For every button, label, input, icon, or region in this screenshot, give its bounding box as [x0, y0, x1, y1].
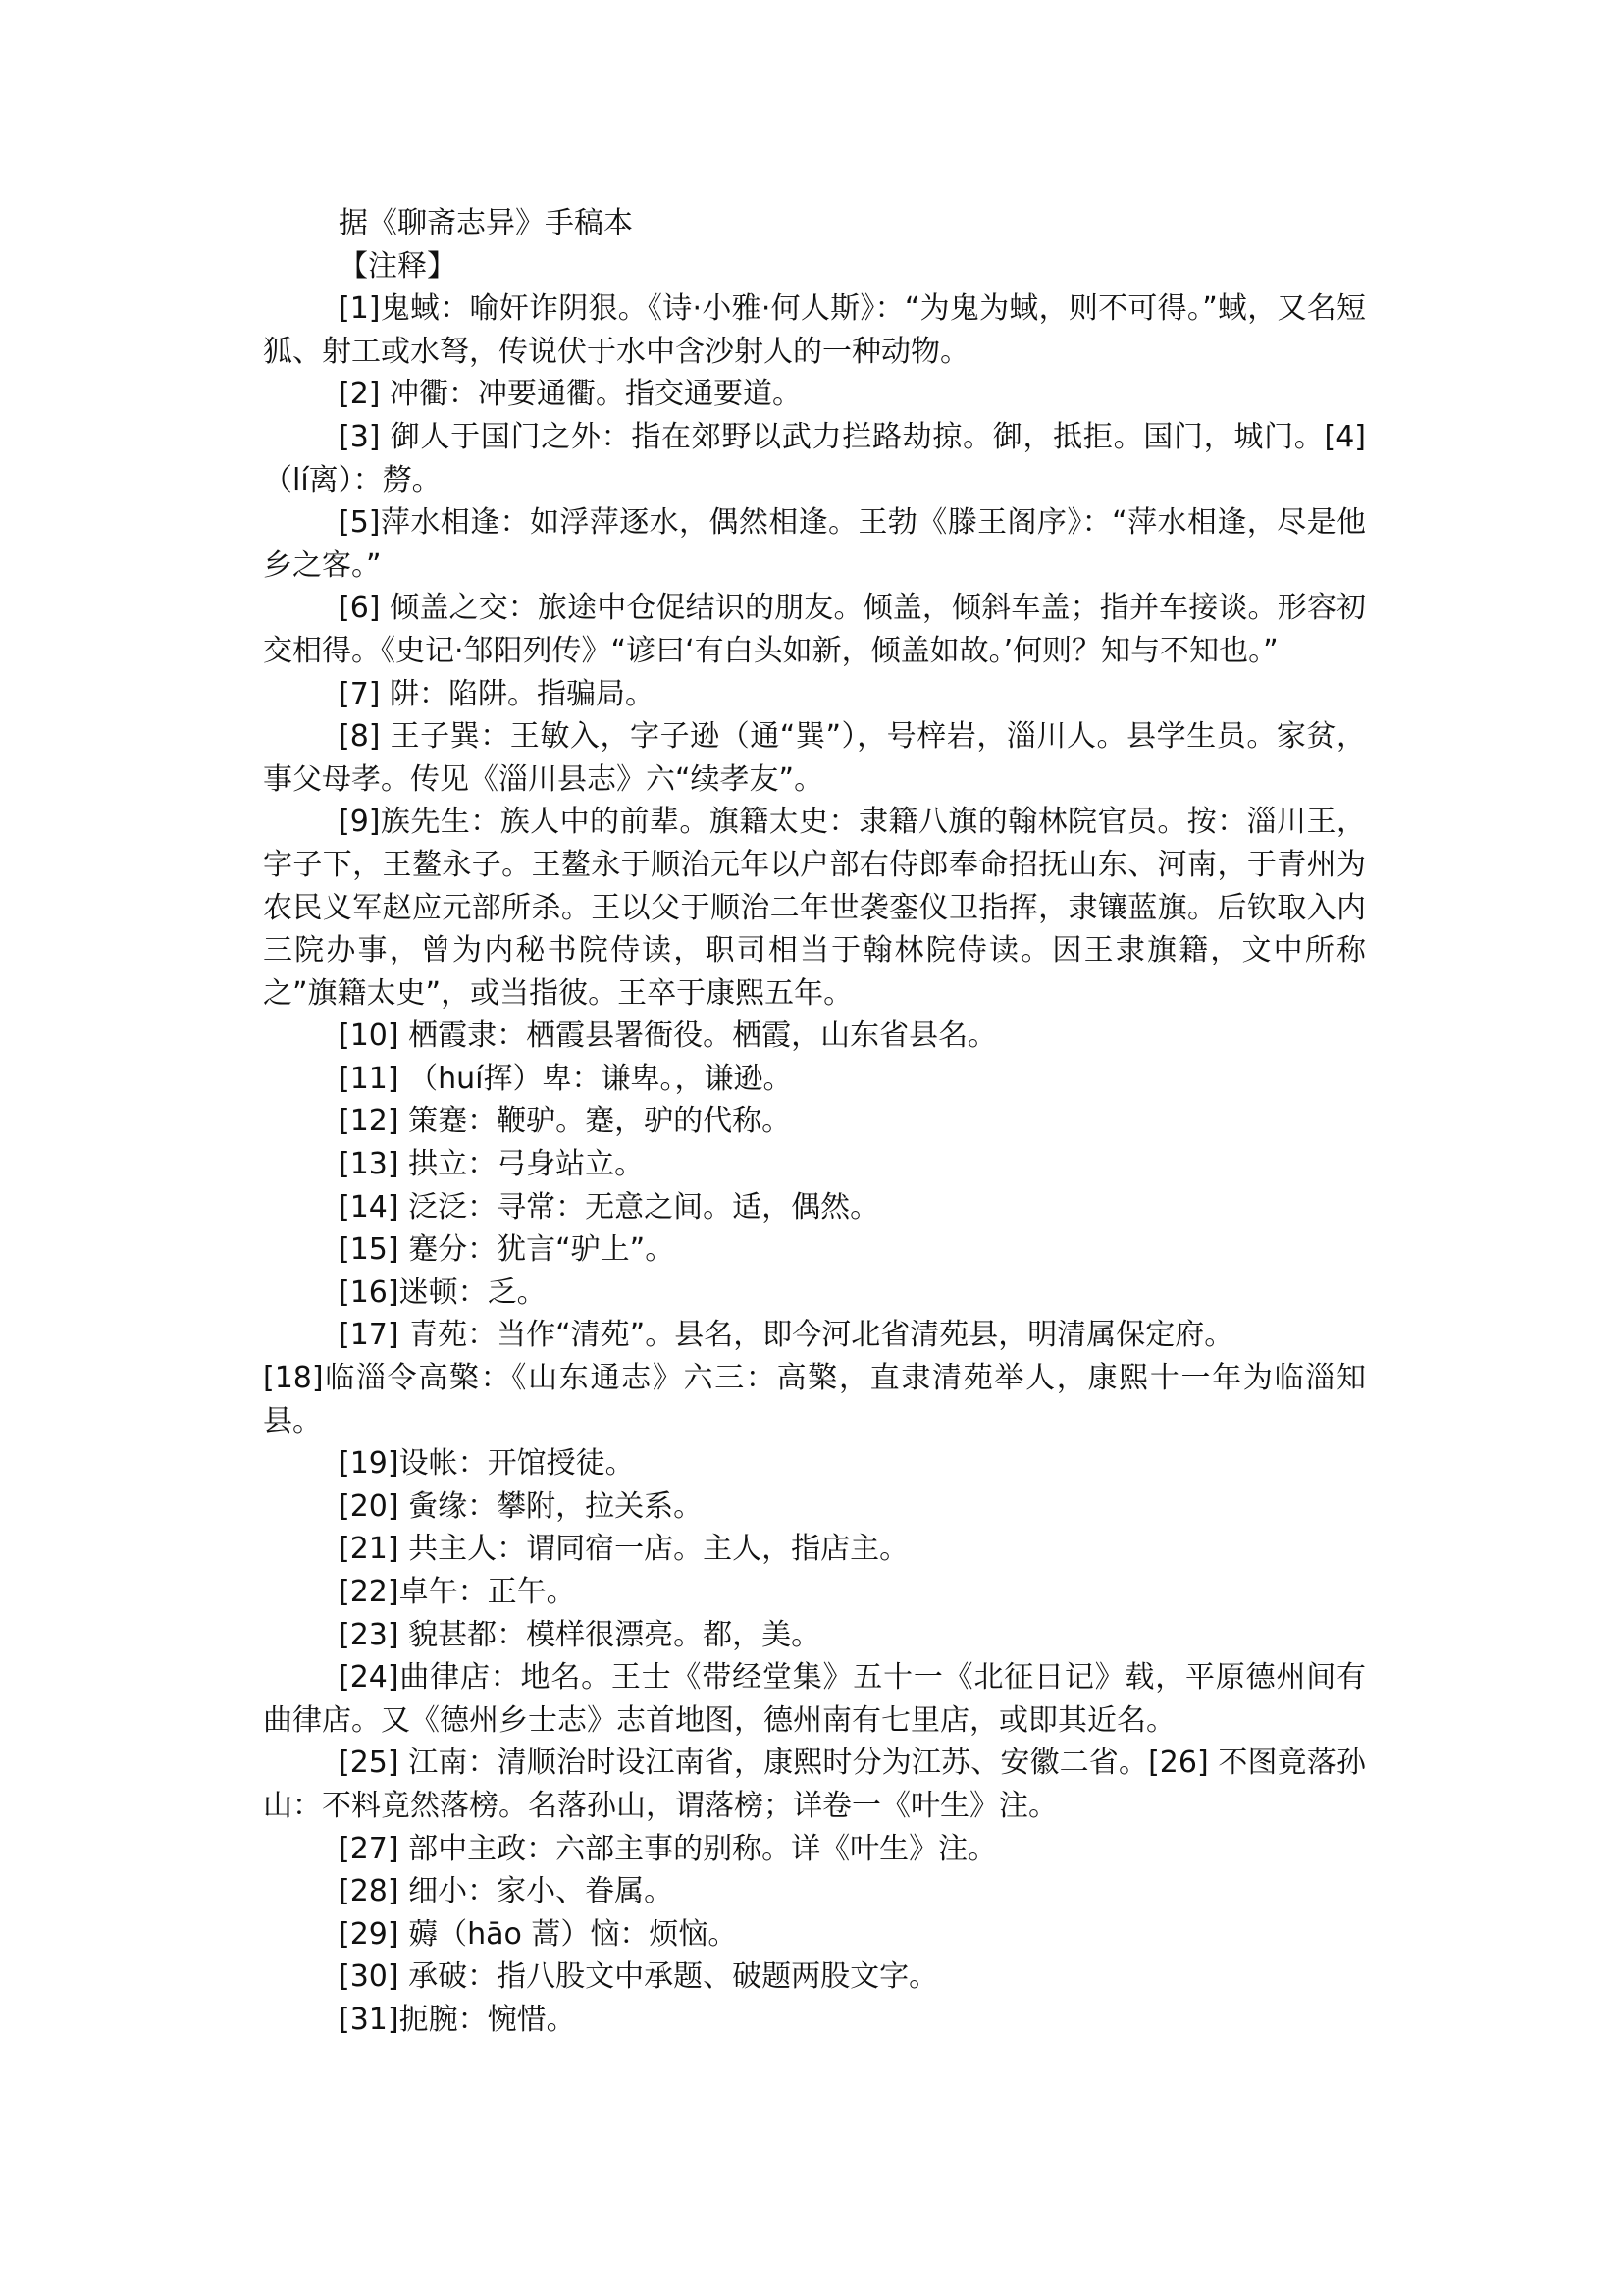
note-31: [31]扼腕：惋惜。	[263, 1999, 1366, 2042]
note-28: [28] 细小：家小、眷属。	[263, 1870, 1366, 1913]
note-20: [20] 夤缘：攀附，拉关系。	[263, 1486, 1366, 1529]
note-7: [7] 阱：陷阱。指骗局。	[263, 673, 1366, 716]
source-line: 据《聊斋志异》手稿本	[263, 202, 1366, 245]
note-16: [16]迷顿：乏。	[263, 1272, 1366, 1315]
note-23: [23] 貌甚都：模样很漂亮。都，美。	[263, 1614, 1366, 1657]
note-9: [9]族先生：族人中的前辈。旗籍太史：隶籍八旗的翰林院官员。按：淄川王，字子下，…	[263, 801, 1366, 1015]
notes-heading: 【注释】	[263, 245, 1366, 288]
note-14: [14] 泛泛：寻常：无意之间。适，偶然。	[263, 1186, 1366, 1229]
note-11: [11] （huí挥）卑：谦卑。，谦逊。	[263, 1058, 1366, 1101]
note-13: [13] 拱立：弓身站立。	[263, 1143, 1366, 1186]
note-12: [12] 策蹇：鞭驴。蹇，驴的代称。	[263, 1100, 1366, 1143]
note-29: [29] 薅（hāo 蒿）恼：烦恼。	[263, 1913, 1366, 1956]
document-page: 据《聊斋志异》手稿本 【注释】 [1]鬼蜮：喻奸诈阴狠。《诗·小雅·何人斯》：“…	[263, 202, 1366, 2042]
note-21: [21] 共主人：谓同宿一店。主人，指店主。	[263, 1528, 1366, 1571]
note-2: [2] 冲衢：冲要通衢。指交通要道。	[263, 373, 1366, 416]
note-27: [27] 部中主政：六部主事的别称。详《叶生》注。	[263, 1828, 1366, 1871]
note-10: [10] 栖霞隶：栖霞县署衙役。栖霞，山东省县名。	[263, 1015, 1366, 1058]
note-5: [5]萍水相逢：如浮萍逐水，偶然相逢。王勃《滕王阁序》：“萍水相逢，尽是他乡之客…	[263, 501, 1366, 587]
note-24: [24]曲律店：地名。王士《带经堂集》五十一《北征日记》载，平原德州间有曲律店。…	[263, 1656, 1366, 1742]
note-25-26: [25] 江南：清顺治时设江南省，康熙时分为江苏、安徽二省。[26] 不图竟落孙…	[263, 1742, 1366, 1827]
note-19: [19]设帐：开馆授徒。	[263, 1442, 1366, 1486]
note-30: [30] 承破：指八股文中承题、破题两股文字。	[263, 1955, 1366, 1999]
note-6: [6] 倾盖之交：旅途中仓促结识的朋友。倾盖，倾斜车盖；指并车接谈。形容初交相得…	[263, 587, 1366, 672]
note-8: [8] 王子巽：王敏入，字子逊（通“巽”），号梓岩，淄川人。县学生员。家贫，事父…	[263, 715, 1366, 801]
note-18: [18]临淄令高檠：《山东通志》六三：高檠，直隶清苑举人，康熙十一年为临淄知县。	[263, 1357, 1366, 1442]
note-1: [1]鬼蜮：喻奸诈阴狠。《诗·小雅·何人斯》：“为鬼为蜮，则不可得。”蜮，又名短…	[263, 287, 1366, 373]
note-15: [15] 蹇分：犹言“驴上”。	[263, 1228, 1366, 1272]
note-17: [17] 青苑：当作“清苑”。县名，即今河北省清苑县，明清属保定府。	[263, 1314, 1366, 1357]
note-3-4: [3] 御人于国门之外：指在郊野以武力拦路劫掠。御，抵拒。国门，城门。[4] （…	[263, 416, 1366, 501]
note-22: [22]卓午：正午。	[263, 1571, 1366, 1614]
